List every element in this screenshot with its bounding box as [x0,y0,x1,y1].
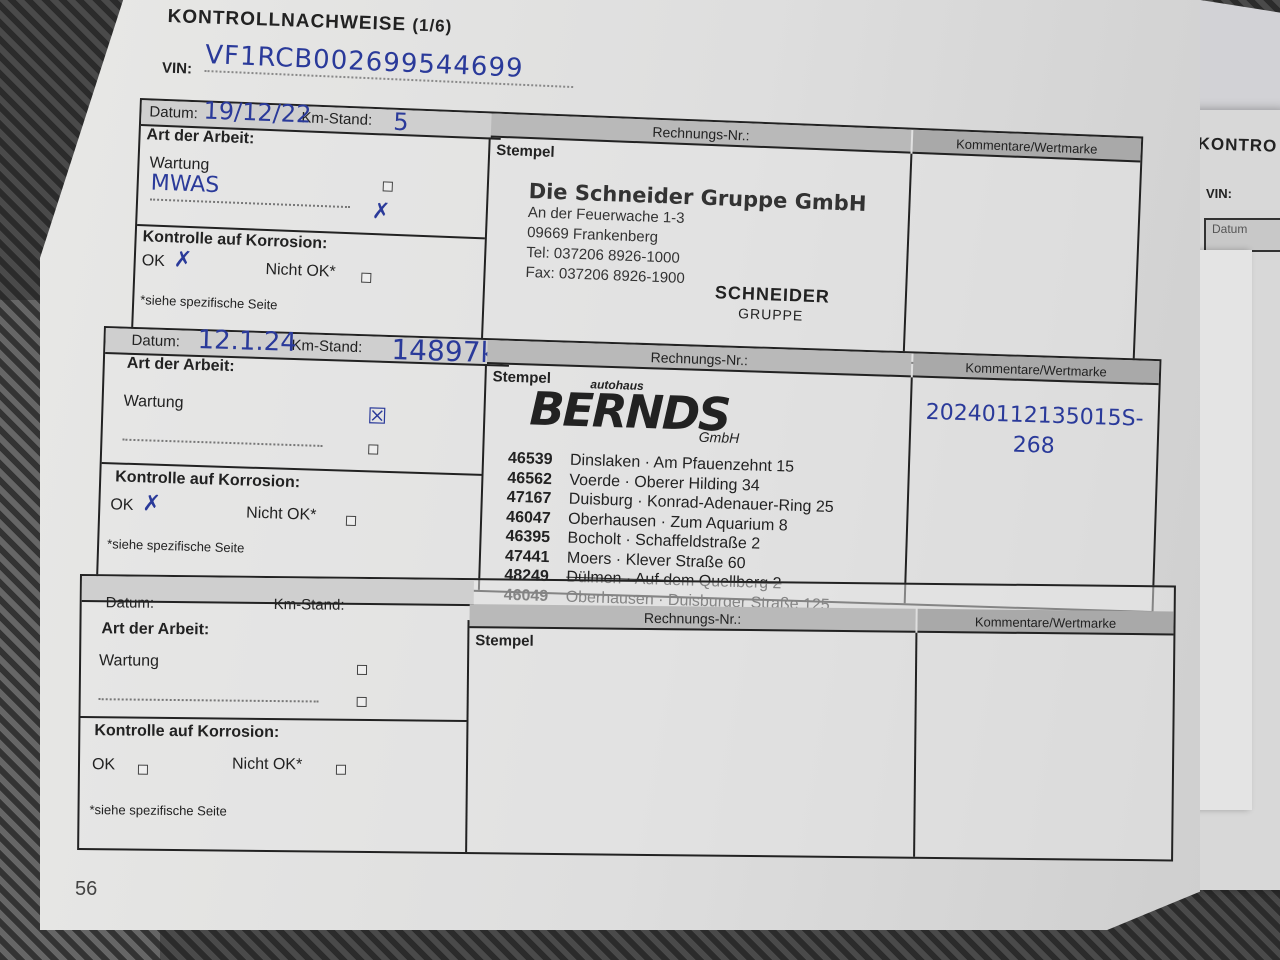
branch-zip: 47441 [505,546,568,567]
right-sheet-vin-label: VIN: [1206,186,1232,201]
wartung-checkbox[interactable] [383,181,393,191]
stamp-section: Rechnungs-Nr.: Stempel autohaus BERNDS G… [480,364,913,603]
other-work-value: MWAS [150,170,219,198]
comments-section: Kommentare/Wertmarke 20240112135015S-268 [906,377,1159,611]
service-entry-2: Datum: Km-Stand: 12.1.24 14897km Art der… [96,326,1161,613]
bernds-gmbh: GmbH [699,429,740,446]
korrosion-label: Kontrolle auf Korrosion: [115,468,300,492]
comments-section: Kommentare/Wertmarke [904,154,1140,371]
stempel-label: Stempel [475,632,534,650]
branch-zip: 46395 [505,527,568,548]
schneider-logo-sub: GRUPPE [738,305,804,323]
kommentare-header: Kommentare/Wertmarke [917,609,1173,636]
nicht-ok-label: Nicht OK* [265,261,336,282]
stamp-section: Rechnungs-Nr.: Stempel Die Schneider Gru… [483,137,913,361]
datum-label: Datum: [106,594,155,612]
km-stand-label: Km-Stand: [301,109,372,129]
stamp-section: Rechnungs-Nr.: Stempel [467,628,917,857]
stempel-label: Stempel [496,142,555,161]
ok-label: OK [110,496,134,515]
comments-section: Kommentare/Wertmarke [915,633,1173,860]
ok-checkbox[interactable] [138,765,148,775]
wartung-label: Wartung [123,393,183,413]
other-work-checkbox[interactable] [368,444,378,454]
ok-label: OK [141,252,165,271]
wartung-label: Wartung [99,652,159,671]
other-work-checkbox[interactable] [357,697,367,707]
art-der-arbeit-label: Art der Arbeit: [146,126,254,148]
datum-value: 12.1.24 [197,325,297,358]
km-stand-label: Km-Stand: [274,596,345,614]
nicht-ok-checkbox[interactable] [336,765,346,775]
kommentare-header: Kommentare/Wertmarke [913,353,1160,385]
page-number: 56 [75,878,97,901]
art-der-arbeit-label: Art der Arbeit: [101,620,209,639]
ok-label: OK [92,756,115,774]
km-stand-value: 5 [393,108,409,137]
branch-zip: 46539 [508,449,571,470]
section-divider [80,716,466,722]
ok-check-mark[interactable]: ✗ [173,247,192,273]
other-work-check-mark[interactable]: ✗ [371,199,390,225]
art-der-arbeit-label: Art der Arbeit: [127,355,235,376]
work-section: Art der Arbeit: Wartung Kontrolle auf Ko… [79,616,469,852]
footnote: *siehe spezifische Seite [107,536,245,555]
wartung-check-mark[interactable]: ☒ [367,404,388,430]
datum-label: Datum: [149,103,198,122]
right-sheet-datum: Datum [1212,222,1247,236]
other-work-line [150,198,350,208]
branch-zip: 46562 [507,468,570,489]
kommentare-header: Kommentare/Wertmarke [912,130,1141,163]
ok-check-mark[interactable]: ✗ [142,491,161,517]
footnote: *siehe spezifische Seite [89,802,226,818]
branch-zip: 47167 [507,488,570,509]
datum-label: Datum: [131,332,180,351]
other-work-line [122,439,322,447]
datum-value: 19/12/22 [203,96,312,128]
km-stand-label: Km-Stand: [291,337,362,356]
work-section: Art der Arbeit: Wartung ☒ Kontrolle auf … [98,352,487,590]
branch-zip: 46047 [506,507,569,528]
right-sheet-datum-box: Datum [1204,218,1280,252]
schneider-logo: SCHNEIDER [715,282,831,307]
nicht-ok-checkbox[interactable] [361,273,371,283]
service-entry-3: Datum: Km-Stand: Art der Arbeit: Wartung… [77,574,1176,861]
kommentar-value: 20240112135015S-268 [918,398,1150,465]
nicht-ok-label: Nicht OK* [246,505,317,525]
entry-header: Datum: Km-Stand: [82,576,474,606]
title-part: (1/6) [412,16,453,36]
right-sheet-title: KONTRO [1197,134,1277,157]
rechnungs-nr-header: Rechnungs-Nr.: [469,604,915,633]
korrosion-label: Kontrolle auf Korrosion: [94,722,279,742]
vin-label: VIN: [162,59,193,77]
nicht-ok-checkbox[interactable] [346,516,356,526]
wartung-checkbox[interactable] [357,665,367,675]
schneider-stamp: Die Schneider Gruppe GmbH An der Feuerwa… [525,179,867,296]
work-section: Art der Arbeit: Wartung MWAS ✗ Kontrolle… [133,124,491,345]
nicht-ok-label: Nicht OK* [232,756,302,775]
other-work-line [99,698,319,702]
footnote: *siehe spezifische Seite [140,292,278,312]
